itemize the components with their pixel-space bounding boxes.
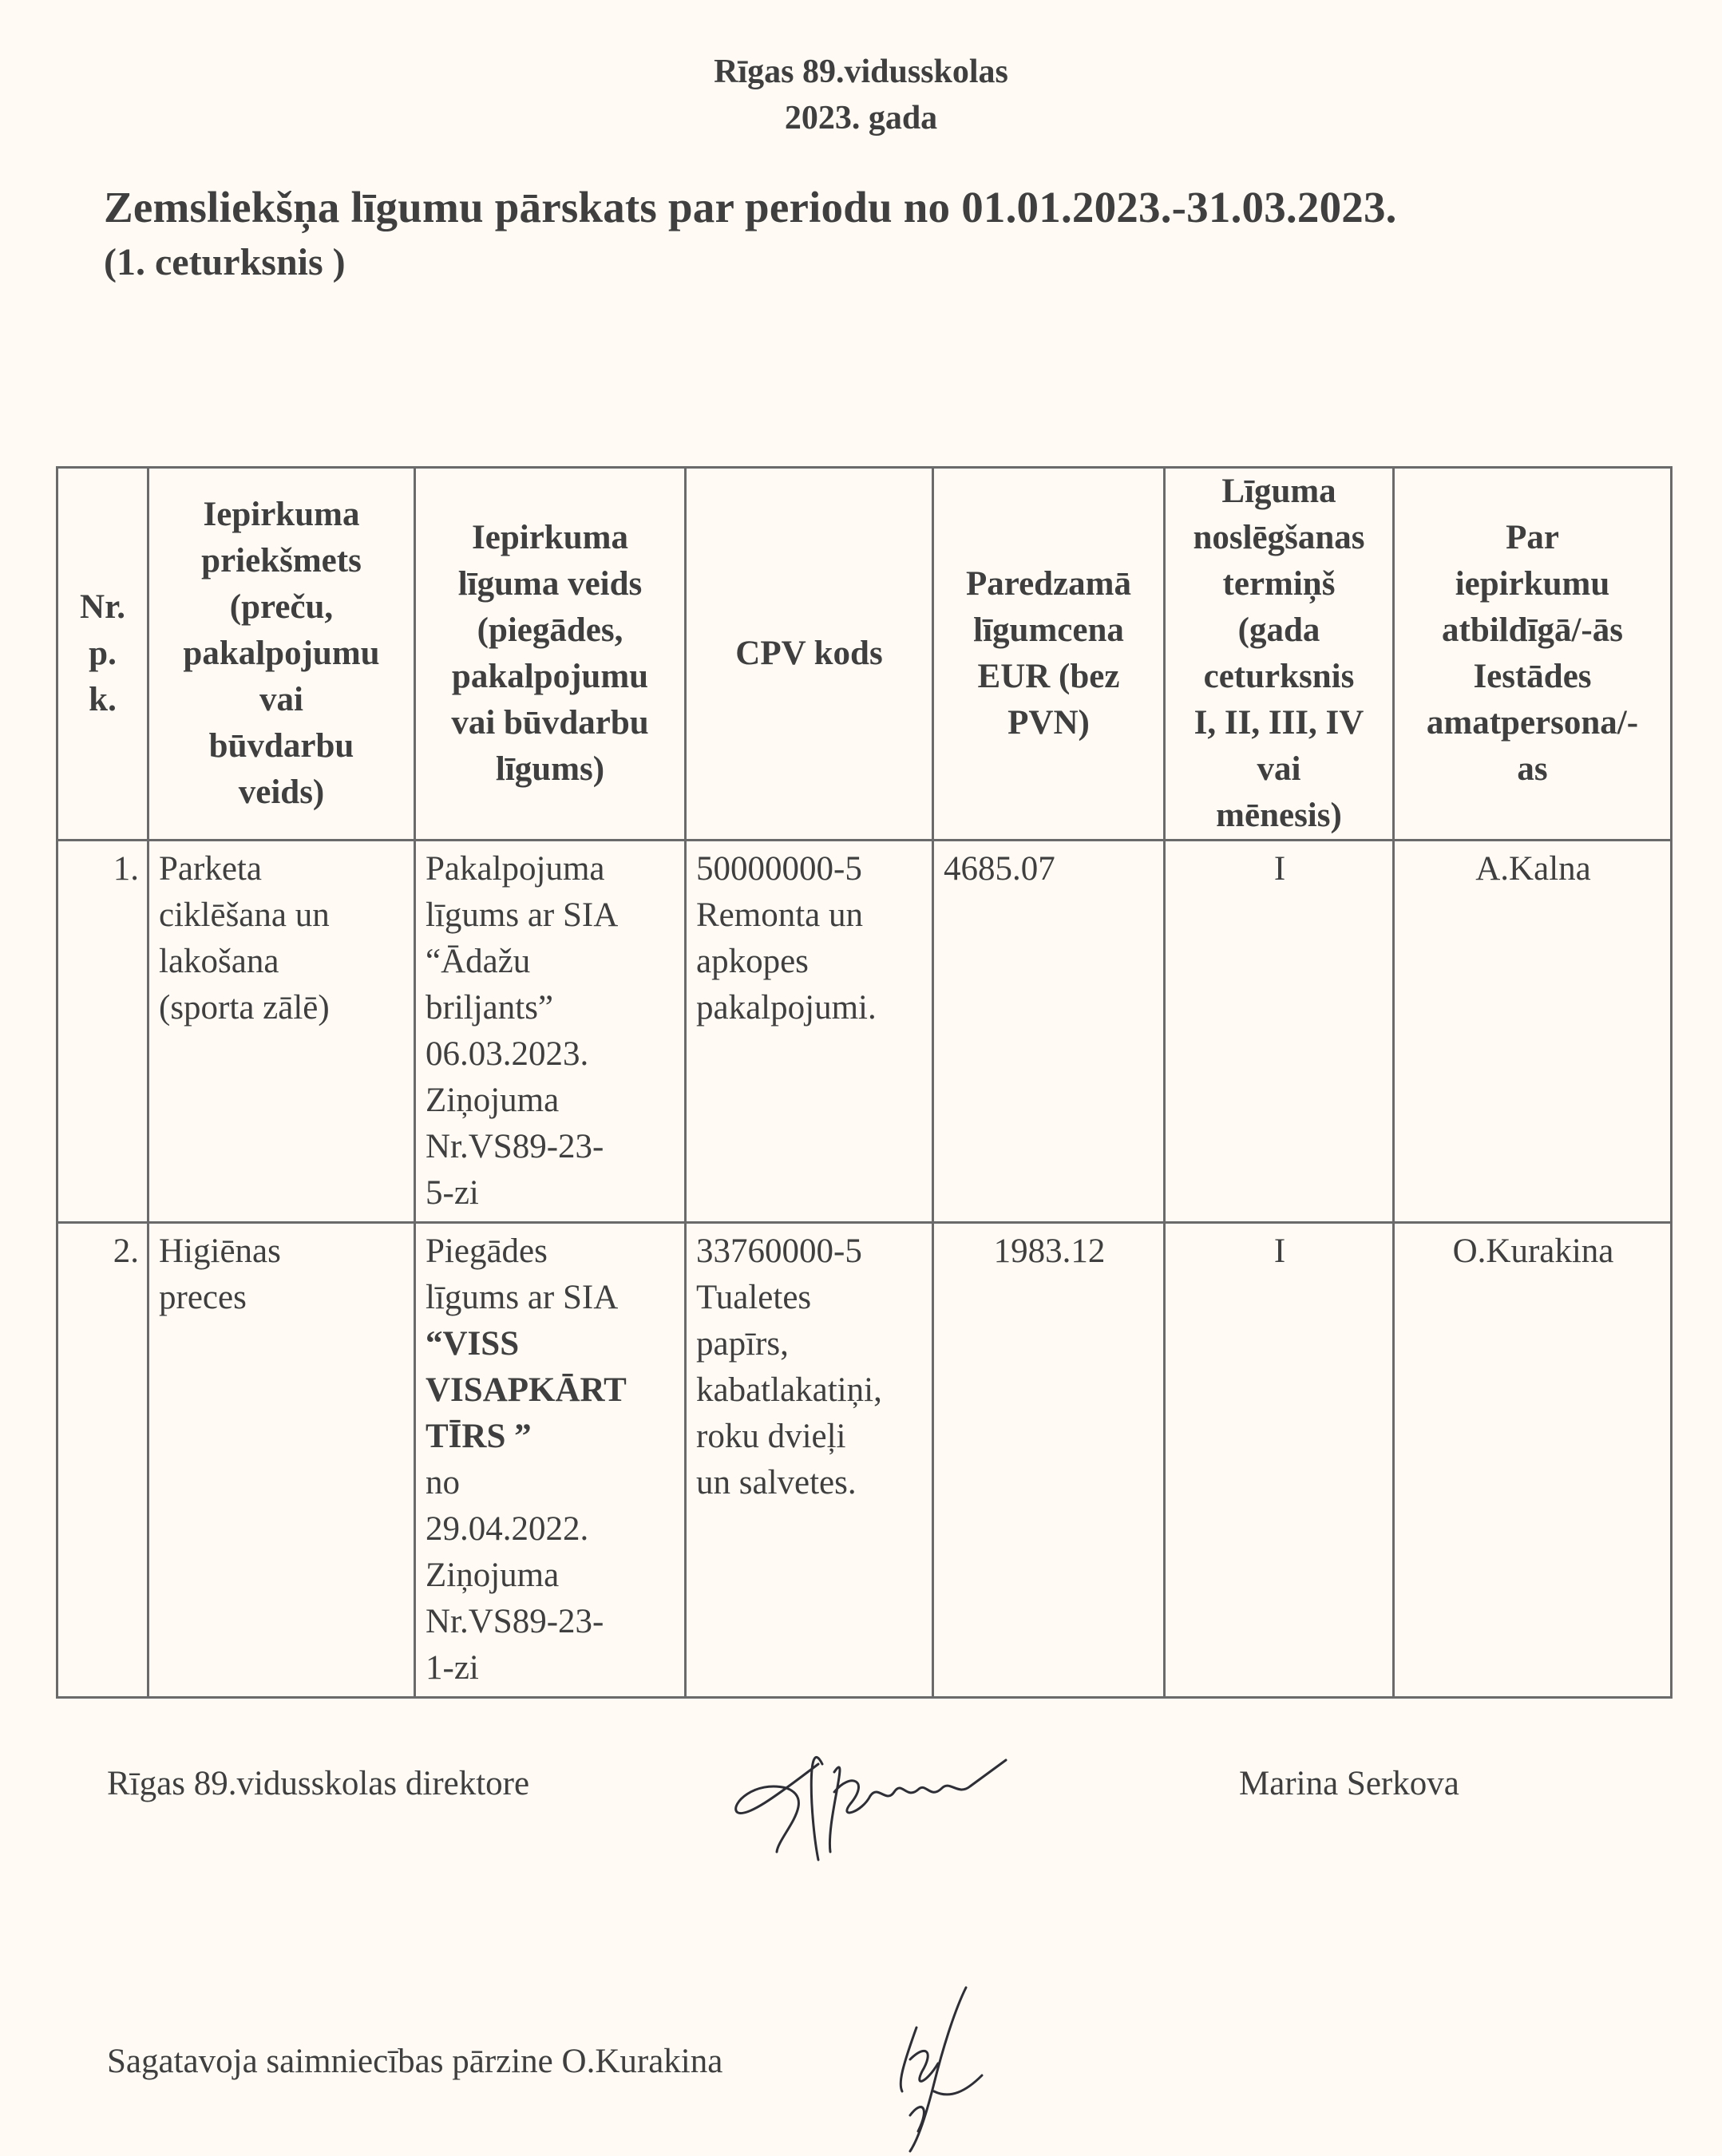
contract-type-line: Nr.VS89-23- xyxy=(426,1599,676,1645)
header-line: EUR (bez xyxy=(940,654,1157,700)
director-label: Rīgas 89.vidusskolas direktore xyxy=(107,1761,529,1807)
cpv-code-line: apkopes xyxy=(696,939,924,985)
cpv-code-line: roku dvieļi xyxy=(696,1414,924,1460)
responsible-official: O.Kurakina xyxy=(1394,1223,1672,1698)
preparer-signature xyxy=(878,1980,1038,2155)
col-cpv-header: CPV kods xyxy=(686,468,933,841)
cpv-code-line: un salvetes. xyxy=(696,1460,924,1506)
header-line: Paredzamā xyxy=(940,561,1157,607)
procurement-subject-line: (sporta zālē) xyxy=(159,985,406,1031)
col-price-header: ParedzamālīgumcenaEUR (bezPVN) xyxy=(933,468,1165,841)
header-line: Līguma xyxy=(1172,469,1386,515)
year-header: 2023. gada xyxy=(0,96,1722,140)
contract-term: I xyxy=(1165,1223,1394,1698)
procurement-subject-line: lakošana xyxy=(159,939,406,985)
contract-type-line: “VISS xyxy=(426,1321,676,1367)
header-line: Iepirkuma xyxy=(422,515,678,561)
cpv-code-line: pakalpojumi. xyxy=(696,985,924,1031)
procurement-subject-line: Parketa xyxy=(159,846,406,892)
row-number: 2. xyxy=(57,1223,148,1698)
header-line: pakalpojumu xyxy=(156,631,407,677)
contract-type-line: no xyxy=(426,1460,676,1506)
header-line: k. xyxy=(65,677,141,723)
header-line: Iepirkuma xyxy=(156,492,407,538)
header-line: Nr. xyxy=(65,584,141,631)
header-line: Par xyxy=(1401,515,1664,561)
cpv-code-line: kabatlakatiņi, xyxy=(696,1367,924,1414)
header-line: vai xyxy=(156,677,407,723)
contract-type: Piegādeslīgums ar SIA“VISSVISAPKĀRTTĪRS … xyxy=(415,1223,686,1698)
header-line: (gada xyxy=(1172,607,1386,654)
page-subtitle: (1. ceturksnis ) xyxy=(104,237,346,288)
header-line: pakalpojumu xyxy=(422,654,678,700)
header-line: vai būvdarbu xyxy=(422,700,678,746)
table-row: 2.HigiēnasprecesPiegādeslīgums ar SIA“VI… xyxy=(57,1223,1672,1698)
header-line: ceturksnis xyxy=(1172,654,1386,700)
contract-type-line: TĪRS ” xyxy=(426,1414,676,1460)
contract-type-line: 29.04.2022. xyxy=(426,1506,676,1553)
procurement-table: Nr.p.k.Iepirkumapriekšmets(preču,pakalpo… xyxy=(56,466,1673,1699)
header-line: CPV kods xyxy=(693,631,925,677)
procurement-subject-line: preces xyxy=(159,1275,406,1321)
header-line: līguma veids xyxy=(422,561,678,607)
header-line: (preču, xyxy=(156,584,407,631)
header-line: veids) xyxy=(156,769,407,816)
header-line: (piegādes, xyxy=(422,607,678,654)
header-line: PVN) xyxy=(940,700,1157,746)
cpv-code-line: 33760000-5 xyxy=(696,1228,924,1275)
contract-type-line: Pakalpojuma xyxy=(426,846,676,892)
row-number: 1. xyxy=(57,841,148,1223)
table-header-row: Nr.p.k.Iepirkumapriekšmets(preču,pakalpo… xyxy=(57,468,1672,841)
col-nr-header: Nr.p.k. xyxy=(57,468,148,841)
page-title: Zemsliekšņa līgumu pārskats par periodu … xyxy=(104,180,1397,235)
header-line: atbildīgā/-ās xyxy=(1401,607,1664,654)
col-term-header: Līgumanoslēgšanastermiņš(gadaceturksnisI… xyxy=(1165,468,1394,841)
procurement-subject: Higiēnaspreces xyxy=(148,1223,415,1698)
col-contract-type-header: Iepirkumalīguma veids(piegādes,pakalpoju… xyxy=(415,468,686,841)
contract-type-line: 06.03.2023. xyxy=(426,1031,676,1078)
director-signature xyxy=(730,1724,1194,1884)
table-row: 1.Parketaciklēšana unlakošana(sporta zāl… xyxy=(57,841,1672,1223)
header-line: p. xyxy=(65,631,141,677)
contract-type-line: Ziņojuma xyxy=(426,1078,676,1124)
cpv-code-line: 50000000-5 xyxy=(696,846,924,892)
header-line: termiņš xyxy=(1172,561,1386,607)
institution-header: Rīgas 89.vidusskolas xyxy=(0,49,1722,94)
header-line: priekšmets xyxy=(156,538,407,584)
header-line: vai xyxy=(1172,746,1386,793)
contract-type-line: briljants” xyxy=(426,985,676,1031)
cpv-code: 33760000-5Tualetespapīrs,kabatlakatiņi,r… xyxy=(686,1223,933,1698)
col-subject-header: Iepirkumapriekšmets(preču,pakalpojumuvai… xyxy=(148,468,415,841)
cpv-code-line: Tualetes xyxy=(696,1275,924,1321)
cpv-code-line: Remonta un xyxy=(696,892,924,939)
header-line: I, II, III, IV xyxy=(1172,700,1386,746)
procurement-subject-line: ciklēšana un xyxy=(159,892,406,939)
contract-type-line: “Ādažu xyxy=(426,939,676,985)
header-line: iepirkumu xyxy=(1401,561,1664,607)
header-line: noslēgšanas xyxy=(1172,515,1386,561)
procurement-subject-line: Higiēnas xyxy=(159,1228,406,1275)
header-line: Iestādes xyxy=(1401,654,1664,700)
contract-term: I xyxy=(1165,841,1394,1223)
cpv-code: 50000000-5Remonta unapkopespakalpojumi. xyxy=(686,841,933,1223)
director-name: Marina Serkova xyxy=(1239,1761,1459,1807)
header-line: as xyxy=(1401,746,1664,793)
prepared-by-label: Sagatavoja saimniecības pārzine O.Kuraki… xyxy=(107,2039,722,2085)
header-line: amatpersona/- xyxy=(1401,700,1664,746)
contract-type-line: līgums ar SIA xyxy=(426,1275,676,1321)
estimated-price: 4685.07 xyxy=(933,841,1165,1223)
contract-type-line: līgums ar SIA xyxy=(426,892,676,939)
header-line: mēnesis) xyxy=(1172,793,1386,839)
estimated-price: 1983.12 xyxy=(933,1223,1165,1698)
cpv-code-line: papīrs, xyxy=(696,1321,924,1367)
contract-type-line: Piegādes xyxy=(426,1228,676,1275)
contract-type-line: 1-zi xyxy=(426,1645,676,1691)
contract-type-line: Ziņojuma xyxy=(426,1553,676,1599)
contract-type-line: 5-zi xyxy=(426,1170,676,1216)
responsible-official: A.Kalna xyxy=(1394,841,1672,1223)
contract-type-line: Nr.VS89-23- xyxy=(426,1124,676,1170)
contract-type-line: VISAPKĀRT xyxy=(426,1367,676,1414)
header-line: būvdarbu xyxy=(156,723,407,769)
header-line: līgums) xyxy=(422,746,678,793)
header-line: līgumcena xyxy=(940,607,1157,654)
col-responsible-header: Pariepirkumuatbildīgā/-āsIestādesamatper… xyxy=(1394,468,1672,841)
contract-type: Pakalpojumalīgums ar SIA“Ādažubriljants”… xyxy=(415,841,686,1223)
procurement-subject: Parketaciklēšana unlakošana(sporta zālē) xyxy=(148,841,415,1223)
